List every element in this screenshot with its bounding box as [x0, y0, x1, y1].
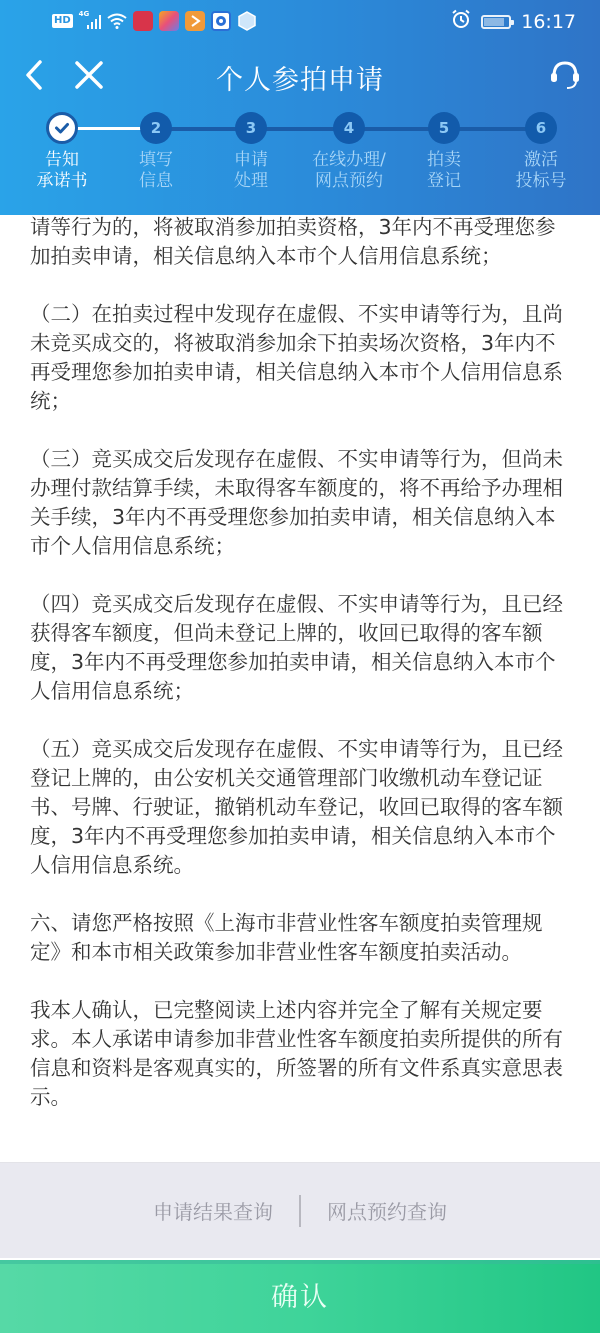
step-5-auction-registration: 5 拍卖 登记 — [394, 112, 494, 192]
progress-stepper: 告知 承诺书 2 填写 信息 3 申请 处理 4 在线办理/ 网点预约 — [0, 112, 600, 202]
alarm-icon — [451, 9, 471, 34]
outlet-booking-query-link[interactable]: 网点预约查询 — [301, 1196, 473, 1225]
red-app-icon — [133, 11, 153, 31]
step-circle: 6 — [525, 112, 557, 144]
blue-browser-app-icon — [211, 11, 231, 31]
step-4-online-or-booking: 4 在线办理/ 网点预约 — [299, 112, 399, 192]
paragraph: 六、请您严格按照《上海市非营业性客车额度拍卖管理规定》和本市相关政策参加非营业性… — [30, 909, 570, 967]
hexagon-app-icon — [237, 11, 257, 31]
step-2-fill-info: 2 填写 信息 — [106, 112, 206, 192]
step-label: 在线办理/ 网点预约 — [299, 150, 399, 192]
step-circle-done — [46, 112, 78, 144]
paragraph: （二）在拍卖过程中发现存在虚假、不实申请等行为，且尚未竞买成交的，将被取消参加余… — [30, 300, 570, 416]
step-circle: 3 — [235, 112, 267, 144]
paragraph: （三）竞买成交后发现存在虚假、不实申请等行为，但尚未办理付款结算手续，未取得客车… — [30, 445, 570, 561]
status-left-icons: HD 4G — [52, 11, 257, 31]
step-circle: 2 — [140, 112, 172, 144]
clock-time: 16:17 — [521, 11, 576, 33]
page-title: 个人参拍申请 — [0, 58, 600, 97]
step-label: 拍卖 登记 — [394, 150, 494, 192]
orange-play-app-icon — [185, 11, 205, 31]
commitment-text-scroll[interactable]: 请等行为的，将被取消参加拍卖资格，3年内不再受理您参加拍卖申请，相关信息纳入本市… — [0, 215, 600, 1160]
battery-icon — [481, 15, 511, 29]
paragraph: （五）竞买成交后发现存在虚假、不实申请等行为，且已经登记上牌的，由公安机关交通管… — [30, 735, 570, 880]
step-1-notice: 告知 承诺书 — [12, 112, 112, 192]
paragraph: 我本人确认，已完整阅读上述内容并完全了解有关规定要求。本人承诺申请参加非营业性客… — [30, 996, 570, 1112]
confirm-button[interactable]: 确认 — [0, 1260, 600, 1333]
step-6-activate-bid-number: 6 激活 投标号 — [491, 112, 591, 192]
checkmark-icon — [49, 115, 75, 141]
wifi-icon — [107, 13, 127, 29]
colorful-app-icon — [159, 11, 179, 31]
step-circle: 5 — [428, 112, 460, 144]
app-header: HD 4G — [0, 0, 600, 215]
step-3-processing: 3 申请 处理 — [201, 112, 301, 192]
hd-icon: HD — [52, 14, 73, 28]
paragraph: （四）竞买成交后发现存在虚假、不实申请等行为，且已经获得客车额度，但尚未登记上牌… — [30, 590, 570, 706]
step-label: 申请 处理 — [201, 150, 301, 192]
step-label: 激活 投标号 — [491, 150, 591, 192]
query-links-bar: 申请结果查询 网点预约查询 — [0, 1162, 600, 1258]
step-label: 填写 信息 — [106, 150, 206, 192]
customer-service-button[interactable] — [548, 58, 582, 92]
step-circle: 4 — [333, 112, 365, 144]
application-result-query-link[interactable]: 申请结果查询 — [127, 1196, 299, 1225]
status-bar: HD 4G — [0, 0, 600, 42]
paragraph: 请等行为的，将被取消参加拍卖资格，3年内不再受理您参加拍卖申请，相关信息纳入本市… — [30, 215, 570, 271]
headset-icon — [548, 58, 582, 92]
step-label: 告知 承诺书 — [12, 150, 112, 192]
navigation-bar: 个人参拍申请 — [0, 48, 600, 104]
status-right-icons: 16:17 — [451, 9, 576, 34]
cellular-signal-icon: 4G — [79, 13, 101, 29]
